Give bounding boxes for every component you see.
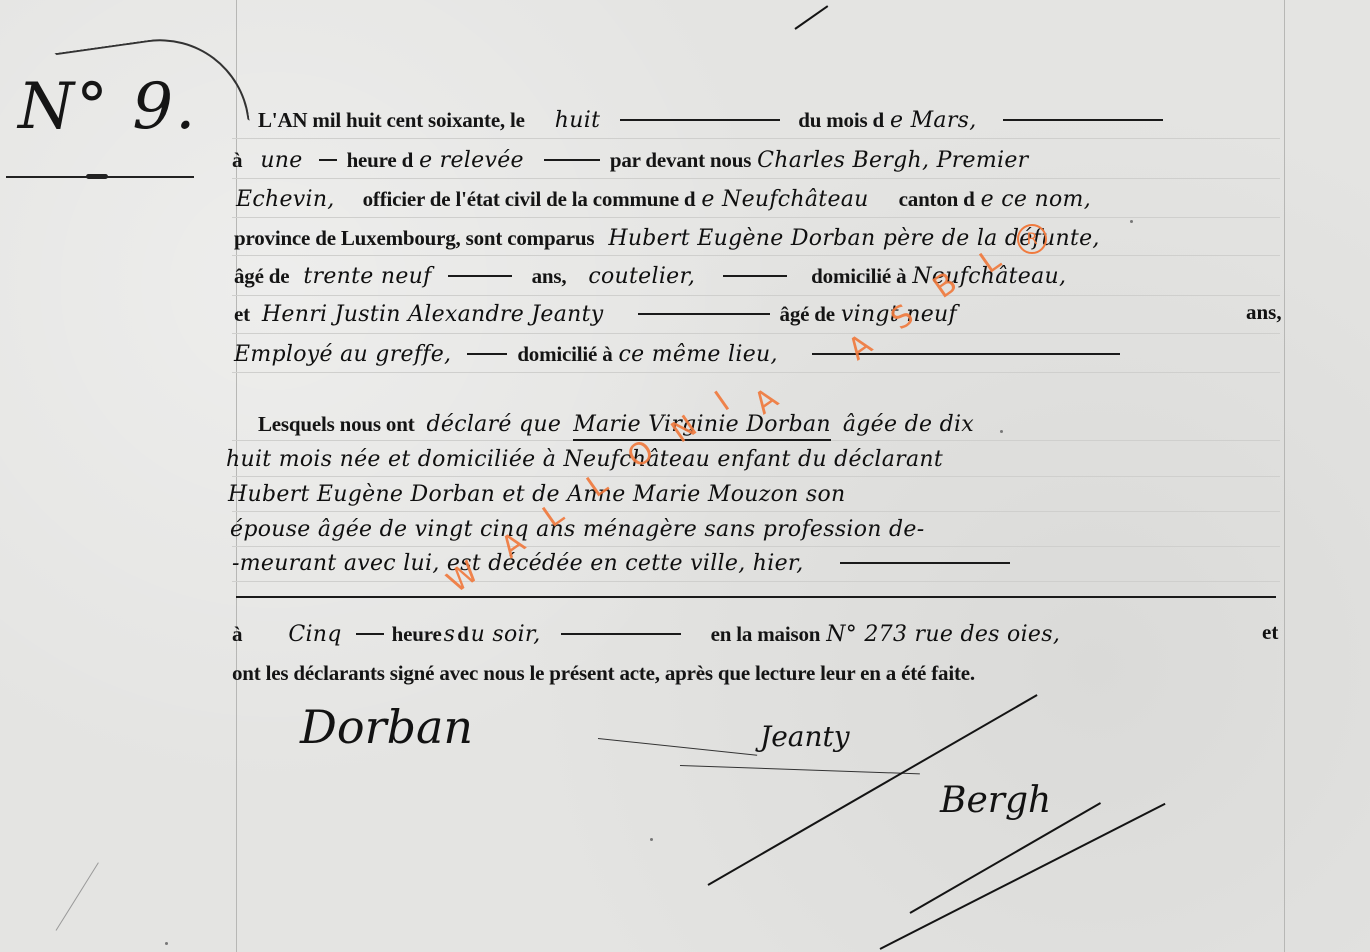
address-field: N° 273 rue des oies, [826, 621, 1060, 649]
fill-line [620, 119, 780, 121]
declarant-2-occupation-field: Employé au greffe, [234, 341, 451, 369]
fill-line [319, 159, 337, 161]
ruling-line [232, 511, 1280, 512]
printed-text: canton d [899, 185, 975, 213]
fill-line [544, 159, 600, 161]
document-scan: N° 9. L'AN mil huit cent soixante, le hu… [0, 0, 1370, 952]
paper-speck [1130, 220, 1133, 223]
ruling-line [232, 138, 1280, 139]
signature-declarant-2: Jeanty [760, 720, 850, 753]
fill-line [723, 275, 787, 277]
printed-text: à [232, 146, 242, 174]
text-line-13: à Cinq heure s d u soir, en la maison N°… [232, 620, 1066, 649]
declaration-text: déclaré que [427, 411, 562, 439]
ruling-line [232, 178, 1280, 179]
fill-line [561, 633, 681, 635]
text-line-7: Employé au greffe, domicilié à ce même l… [234, 340, 1130, 369]
fill-line [638, 313, 770, 315]
text-line-12: -meurant avec lui, est décédée en cette … [232, 550, 1020, 578]
record-number-underline [6, 176, 194, 178]
ruling-line [232, 333, 1280, 334]
printed-text: et [234, 300, 250, 328]
printed-text: Lesquels nous ont [258, 410, 415, 438]
printed-text: âgé de [780, 300, 835, 328]
printed-text: L'AN mil huit cent soixante, le [258, 106, 525, 134]
printed-text: en la maison [711, 620, 821, 648]
signature-officer-stroke [880, 803, 1166, 950]
fill-line [840, 562, 1010, 564]
canton-field: e ce nom, [981, 186, 1091, 214]
printed-text: heure [392, 620, 442, 648]
hour-field: une [260, 147, 302, 175]
fill-line [356, 633, 384, 635]
printed-text: ont les déclarants signé avec nous le pr… [232, 659, 975, 687]
text-line-8: Lesquels nous ont déclaré que Marie Virg… [258, 410, 980, 441]
printed-text: âgé de [234, 262, 289, 290]
officer-title-field: Echevin, [236, 186, 335, 214]
text-line-14: ont les déclarants signé avec nous le pr… [232, 659, 975, 687]
ruling-line [232, 295, 1280, 296]
printed-text: province de Luxembourg, sont comparus [234, 224, 594, 252]
plural-suffix: s [444, 621, 456, 649]
paper-speck [1000, 430, 1003, 433]
right-margin-line [1284, 0, 1285, 952]
text-line-4: province de Luxembourg, sont comparus Hu… [234, 224, 1106, 253]
watermark-registered-icon: R [1017, 224, 1047, 254]
ruling-line [232, 476, 1280, 477]
printed-text: à [232, 620, 242, 648]
fill-line [448, 275, 512, 277]
printed-text: d [457, 620, 468, 648]
printed-text: du mois d [798, 106, 884, 134]
day-field: huit [555, 107, 600, 135]
ruling-line [232, 217, 1280, 218]
text-line-6: et Henri Justin Alexandre Jeanty âgé de … [234, 300, 963, 329]
declarant-1-occupation-field: coutelier, [588, 263, 695, 291]
ruling-line [232, 546, 1280, 547]
fill-line [1003, 119, 1163, 121]
printed-text: domicilié à [517, 340, 612, 368]
death-hour-field: Cinq [288, 621, 341, 649]
printed-text: heure d [347, 146, 413, 174]
fill-line [467, 353, 507, 355]
time-of-day-field: u soir, [471, 621, 541, 649]
declaration-text: âgée de dix [843, 411, 974, 439]
paper-speck [165, 942, 168, 945]
text-line-1: L'AN mil huit cent soixante, le huit du … [258, 106, 1173, 135]
printed-text-et: et [1262, 620, 1278, 645]
printed-text: ans, [532, 262, 567, 290]
text-line-11: épouse âgée de vingt cinq ans ménagère s… [230, 516, 931, 544]
ruling-line [232, 255, 1280, 256]
signature-flourish [598, 738, 757, 756]
stray-pen-stroke [794, 5, 828, 30]
ruling-line [232, 581, 1280, 582]
commune-field: e Neufchâteau [701, 186, 868, 214]
printed-text: par devant nous [610, 146, 751, 174]
signature-flourish [680, 765, 920, 774]
ruling-line [232, 372, 1280, 373]
declaration-text: épouse âgée de vingt cinq ans ménagère s… [230, 516, 925, 544]
paper-speck [650, 838, 653, 841]
stray-mark [56, 862, 99, 930]
declarant-2-residence-field: ce même lieu, [619, 341, 778, 369]
officer-name-field: Charles Bergh, Premier [757, 147, 1028, 175]
declarant-2-field: Henri Justin Alexandre Jeanty [262, 301, 604, 329]
printed-text-ans: ans, [1246, 300, 1282, 325]
signature-officer: Bergh [940, 780, 1051, 821]
record-number: N° 9. [18, 70, 197, 144]
text-line-3: Echevin, officier de l'état civil de la … [236, 185, 1097, 214]
declaration-text: huit mois née et domiciliée à Neufchâtea… [226, 446, 943, 474]
text-line-2: à une heure d e relevée par devant nous … [232, 146, 1034, 175]
declarant-1-age-field: trente neuf [303, 263, 431, 291]
printed-text: domicilié à [811, 262, 906, 290]
printed-text: officier de l'état civil de la commune d [363, 185, 696, 213]
separator-line [236, 596, 1276, 598]
time-of-day-field: e relevée [419, 147, 524, 175]
month-field: e Mars, [890, 107, 977, 135]
signature-declarant-1: Dorban [300, 700, 473, 754]
